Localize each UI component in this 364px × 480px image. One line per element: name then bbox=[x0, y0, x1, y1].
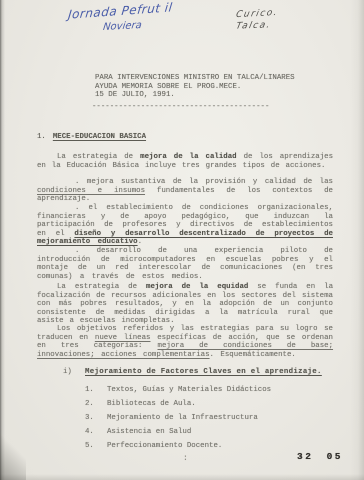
text-run-bold: mejora de la calidad bbox=[140, 153, 236, 161]
list-item-number: 5. bbox=[63, 442, 107, 451]
scanned-document-page: Jornada Pefrut il Noviera Curico. Talca.… bbox=[0, 0, 364, 480]
document-header: PARA INTERVENCIONES MINISTRO EN TALCA/LI… bbox=[95, 74, 295, 100]
list-item-text: Mejoramiento de la Infraestructura bbox=[107, 414, 258, 423]
page-number-stamp: 32 05 bbox=[297, 451, 343, 462]
list-item-text: Textos, Guías y Materiales Didácticos bbox=[107, 386, 271, 395]
list-item: 2.Bibliotecas de Aula. bbox=[63, 400, 343, 409]
list-item-text: Bibliotecas de Aula. bbox=[107, 400, 196, 409]
text-run-underline: condiciones e insumos bbox=[37, 187, 145, 195]
text-run: . desarrollo de una experiencia piloto d… bbox=[37, 247, 333, 281]
text-run: La estrategia de bbox=[57, 153, 140, 161]
section-heading: 1.MECE-EDUCACION BASICA bbox=[37, 133, 146, 142]
handwritten-note-left-line1: Jornada Pefrut il bbox=[67, 0, 173, 21]
text-run: . mejora sustantiva de la provisión y ca… bbox=[75, 178, 333, 186]
header-line-3: 15 DE JULIO, 1991. bbox=[95, 91, 295, 100]
header-line-2: AYUDA MEMORIA SOBRE EL PROG.MECE. bbox=[95, 83, 295, 92]
list-item-number: 2. bbox=[63, 400, 107, 409]
handwritten-note-left-line2: Noviera bbox=[102, 20, 142, 33]
key-factors-list: i) Mejoramiento de Factores Claves en el… bbox=[63, 368, 343, 456]
header-line-1: PARA INTERVENCIONES MINISTRO EN TALCA/LI… bbox=[95, 74, 295, 83]
list-item-number: 4. bbox=[63, 428, 107, 437]
list-item: 3.Mejoramiento de la Infraestructura bbox=[63, 414, 343, 423]
paragraph-quality-strategy: La estrategia de mejora de la calidad de… bbox=[37, 153, 333, 170]
paragraph-bullet-conditions: . mejora sustantiva de la provisión y ca… bbox=[37, 178, 333, 204]
paragraph-objectives: Los objetivos referidos y las estrategia… bbox=[37, 325, 333, 359]
list-item: 1.Textos, Guías y Materiales Didácticos bbox=[63, 386, 343, 395]
text-run-bold-underline: diseño y desarrollo descentralizado de p… bbox=[37, 230, 333, 247]
list-marker: i) bbox=[63, 368, 85, 377]
text-run: . Esquemáticamente. bbox=[210, 351, 296, 359]
list-item-text: Asistencia en Salud bbox=[107, 428, 191, 437]
list-item-text: Perfeccionamiento Docente. bbox=[107, 442, 222, 451]
list-item-number: 1. bbox=[63, 386, 107, 395]
text-run-underline: nueve líneas bbox=[95, 334, 151, 342]
list-item: 4.Asistencia en Salud bbox=[63, 428, 343, 437]
paragraph-equity-strategy: La estrategia de mejora de la equidad se… bbox=[37, 283, 333, 326]
paragraph-bullet-pilot: . desarrollo de una experiencia piloto d… bbox=[37, 247, 333, 281]
list-item-number: 3. bbox=[63, 414, 107, 423]
list-item: 5.Perfeccionamiento Docente. bbox=[63, 442, 343, 451]
handwritten-note-right-line2: Talca. bbox=[235, 20, 272, 31]
scan-edge-shadow bbox=[0, 420, 26, 480]
footer-center-mark: : bbox=[183, 455, 188, 464]
text-run: La estrategia de bbox=[57, 283, 146, 291]
handwritten-note-right-line1: Curico. bbox=[235, 8, 279, 20]
text-run: . bbox=[138, 238, 142, 246]
paragraph-bullet-establishment: . el establecimiento de condiciones orga… bbox=[37, 204, 333, 247]
list-title: Mejoramiento de Factores Claves en el ap… bbox=[85, 368, 322, 377]
section-number: 1. bbox=[37, 133, 46, 141]
section-title: MECE-EDUCACION BASICA bbox=[53, 133, 146, 141]
dashed-divider: ---------------------------------------- bbox=[92, 103, 269, 112]
list-heading: i) Mejoramiento de Factores Claves en el… bbox=[63, 368, 343, 377]
text-run-bold: mejora de la equidad bbox=[146, 283, 248, 291]
